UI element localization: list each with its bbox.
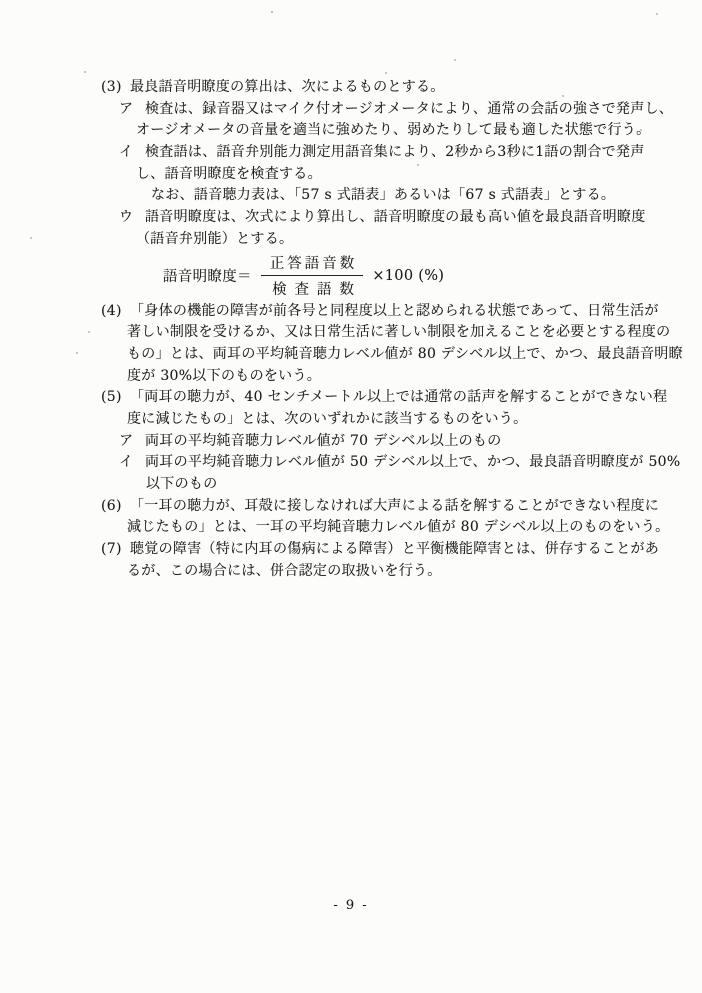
line-text: 聴覚の障害（特に内耳の傷病による障害）と平衡機能障害とは、併存することがあ: [130, 541, 659, 557]
line-text: 語音明瞭度は、次式により算出し、語音明瞭度の最も高い値を最良語音明瞭度: [145, 209, 646, 225]
formula-lhs: 語音明瞭度＝: [163, 265, 252, 286]
fraction-numerator: 正答語音数: [261, 252, 364, 275]
formula-fraction: 正答語音数 検査語数: [261, 252, 364, 300]
line-text: オージオメータの音量を適当に強めたり、弱めたりして最も適した状態で行う。: [136, 122, 650, 138]
item-marker: (7): [101, 539, 130, 561]
line-text: 減じたもの」とは、一耳の平均純音聴力レベル値が 80 デシベル以上のものをいう。: [127, 519, 669, 535]
scan-speck: [76, 352, 78, 354]
doc-line: るが、この場合には、併合認定の取扱いを行う。: [0, 561, 702, 583]
doc-line: 度に減じたもの」とは、次のいずれかに該当するものをいう。: [0, 409, 702, 431]
line-text: （語音弁別能）とする。: [136, 231, 293, 247]
doc-line: イ両耳の平均純音聴力レベル値が 50 デシベル以上で、かつ、最良語音明瞭度が 5…: [0, 452, 702, 474]
line-text: 「一耳の聴力が、耳殻に接しなければ大声による話を解することができない程度に: [130, 498, 659, 514]
scan-speck: [640, 129, 642, 131]
scanned-document-page: (3)最良語音明瞭度の算出は、次によるものとする。 ア検査は、録音器又はマイク付…: [0, 0, 702, 993]
scan-speck: [385, 72, 387, 74]
doc-line: 減じたもの」とは、一耳の平均純音聴力レベル値が 80 デシベル以上のものをいう。: [0, 517, 702, 539]
line-text: 両耳の平均純音聴力レベル値が 70 デシベル以上のもの: [145, 433, 502, 449]
speech-intelligibility-formula: 語音明瞭度＝ 正答語音数 検査語数 ×100 (%): [0, 251, 702, 301]
item-marker: イ: [119, 142, 145, 164]
doc-line: し、語音明瞭度を検査する。: [0, 164, 702, 186]
item-marker: イ: [119, 452, 145, 474]
line-text: し、語音明瞭度を検査する。: [136, 166, 322, 182]
line-text: 度に減じたもの」とは、次のいずれかに該当するものをいう。: [127, 411, 527, 427]
line-text: 最良語音明瞭度の算出は、次によるものとする。: [130, 79, 445, 95]
item-marker: (3): [101, 77, 130, 99]
scan-speck: [656, 13, 658, 15]
line-text: 「身体の機能の障害が前各号と同程度以上と認められる状態であって、日常生活が: [130, 303, 659, 319]
scan-speck: [454, 59, 456, 61]
doc-line: (7)聴覚の障害（特に内耳の傷病による障害）と平衡機能障害とは、併存することがあ: [0, 539, 702, 561]
doc-line: 度が 30%以下のものをいう。: [0, 366, 702, 388]
item-marker: ウ: [119, 207, 145, 229]
line-text: 「両耳の聴力が、40 センチメートル以上では通常の話声を解することができない程: [130, 389, 667, 405]
scan-speck: [271, 11, 273, 13]
line-text: なお、語音聴力表は、「57 s 式語表」あるいは「67 s 式語表」とする。: [151, 187, 615, 203]
scan-speck: [562, 95, 564, 97]
doc-line: オージオメータの音量を適当に強めたり、弱めたりして最も適した状態で行う。: [0, 120, 702, 142]
scan-speck: [88, 331, 90, 333]
line-text: 度が 30%以下のものをいう。: [127, 368, 321, 384]
doc-line: ウ語音明瞭度は、次式により算出し、語音明瞭度の最も高い値を最良語音明瞭度: [0, 207, 702, 229]
line-text: 両耳の平均純音聴力レベル値が 50 デシベル以上で、かつ、最良語音明瞭度が 50…: [145, 454, 680, 470]
line-text: るが、この場合には、併合認定の取扱いを行う。: [127, 563, 442, 579]
doc-line: (5)「両耳の聴力が、40 センチメートル以上では通常の話声を解することができな…: [0, 387, 702, 409]
doc-line: もの」とは、両耳の平均純音聴力レベル値が 80 デシベル以上で、かつ、最良語音明…: [0, 344, 702, 366]
doc-line: (3)最良語音明瞭度の算出は、次によるものとする。: [0, 77, 702, 99]
scan-speck: [84, 71, 86, 73]
line-text: 検査は、録音器又はマイク付オージオメータにより、通常の会話の強さで発声し、: [145, 101, 673, 117]
doc-line: (4)「身体の機能の障害が前各号と同程度以上と認められる状態であって、日常生活が: [0, 301, 702, 323]
doc-line: ア両耳の平均純音聴力レベル値が 70 デシベル以上のもの: [0, 431, 702, 453]
line-text: 著しい制限を受けるか、又は日常生活に著しい制限を加えることを必要とする程度の: [127, 324, 670, 340]
item-marker: ア: [119, 99, 145, 121]
item-marker: (4): [101, 301, 130, 323]
document-body: (3)最良語音明瞭度の算出は、次によるものとする。 ア検査は、録音器又はマイク付…: [0, 77, 702, 582]
line-text: 検査語は、語音弁別能力測定用語音集により、2秒から3秒に1語の割合で発声: [145, 144, 645, 160]
item-marker: ア: [119, 431, 145, 453]
line-text: 以下のもの: [146, 476, 218, 492]
item-marker: (5): [101, 387, 130, 409]
doc-line: イ検査語は、語音弁別能力測定用語音集により、2秒から3秒に1語の割合で発声: [0, 142, 702, 164]
formula-rhs: ×100 (%): [372, 268, 444, 284]
doc-line: なお、語音聴力表は、「57 s 式語表」あるいは「67 s 式語表」とする。: [0, 185, 702, 207]
item-marker: (6): [101, 496, 130, 518]
scan-speck: [627, 305, 629, 307]
doc-line: 以下のもの: [0, 474, 702, 496]
doc-line: (6)「一耳の聴力が、耳殻に接しなければ大声による話を解することができない程度に: [0, 496, 702, 518]
line-text: もの」とは、両耳の平均純音聴力レベル値が 80 デシベル以上で、かつ、最良語音明…: [127, 346, 683, 362]
doc-line: 著しい制限を受けるか、又は日常生活に著しい制限を加えることを必要とする程度の: [0, 322, 702, 344]
fraction-denominator: 検査語数: [262, 276, 362, 299]
page-number: - 9 -: [0, 898, 702, 913]
doc-line: ア検査は、録音器又はマイク付オージオメータにより、通常の会話の強さで発声し、: [0, 99, 702, 121]
scan-speck: [30, 237, 32, 239]
doc-line: （語音弁別能）とする。: [0, 229, 702, 251]
scan-speck: [417, 164, 419, 166]
